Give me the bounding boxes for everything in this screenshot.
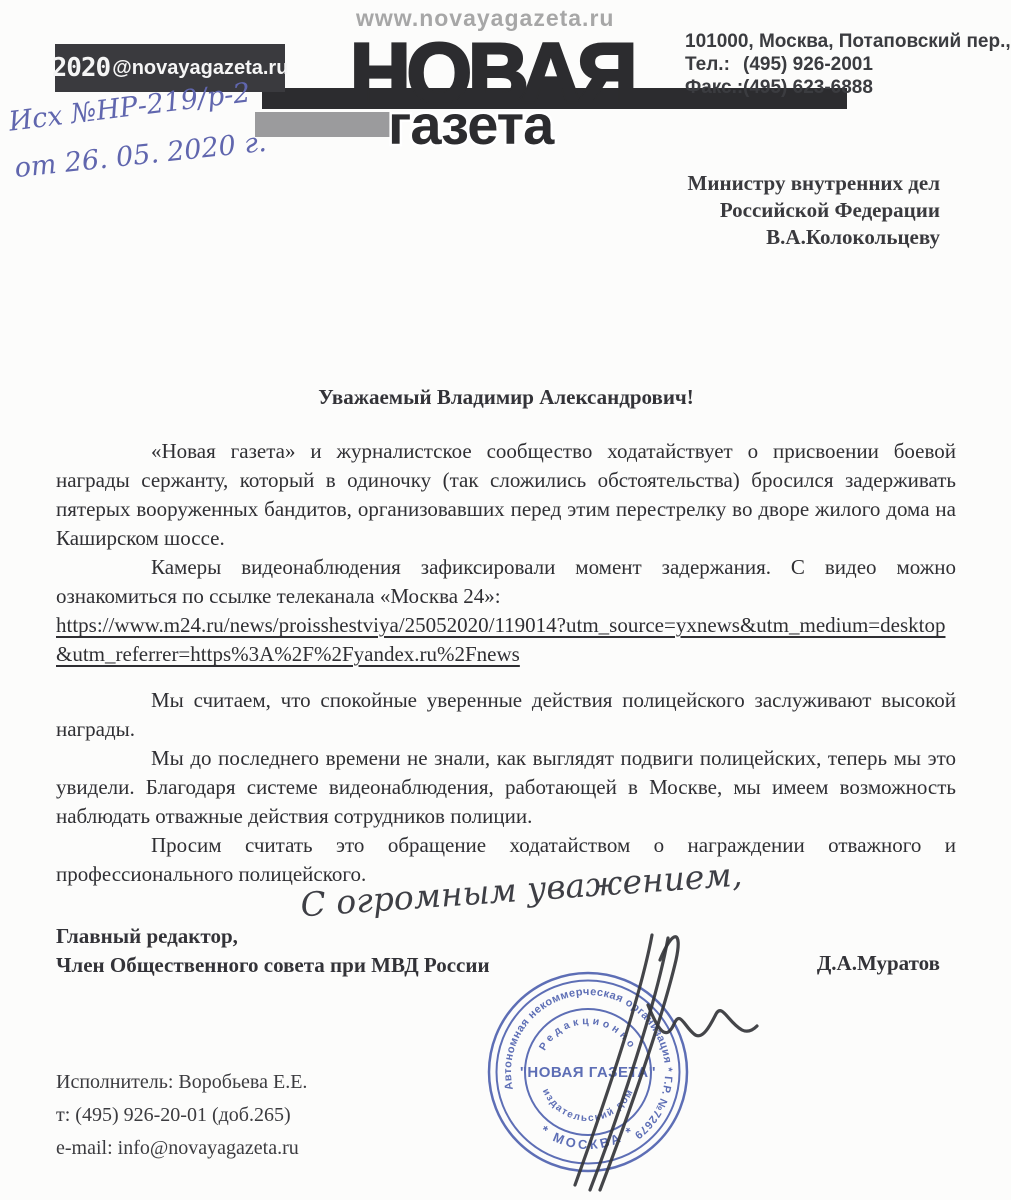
paragraph-3: Мы считаем, что спокойные уверенные дейс… — [56, 686, 956, 744]
salutation: Уважаемый Владимир Александрович! — [56, 385, 956, 410]
stamp-center-text: "НОВАЯ ГАЗЕТА" — [520, 1064, 656, 1081]
executor-phone: т: (495) 926-20-01 (доб.265) — [56, 1099, 307, 1132]
contact-fax: Факс.:(495) 623-6888 — [685, 76, 1011, 99]
letter-body: «Новая газета» и журналистское сообществ… — [56, 437, 956, 889]
executor-line: Исполнитель: Воробьева Е.Е. — [56, 1066, 307, 1099]
contact-block: 101000, Москва, Потаповский пер., д. 3 Т… — [685, 30, 1011, 99]
signer-roles: Главный редактор, Член Общественного сов… — [56, 922, 490, 980]
round-stamp: Автономная некоммерческая организация * … — [489, 973, 687, 1171]
paragraph-1: «Новая газета» и журналистское сообществ… — [56, 437, 956, 553]
email-badge: 2020@novayagazeta.ru — [55, 44, 285, 92]
signer-role-2: Член Общественного совета при МВД России — [56, 951, 490, 980]
fax-value: (495) 623-6888 — [743, 76, 873, 99]
address-text: 101000, Москва, Потаповский пер., д. 3 — [685, 30, 1011, 53]
recipient-block: Министру внутренних дел Российской Федер… — [688, 170, 940, 251]
letter-page: www.novayagazeta.ru НОВАЯ газета 2020@no… — [0, 0, 1011, 1200]
contact-phone: Тел.:(495) 926-2001 — [685, 53, 1011, 76]
executor-email: e-mail: info@novayagazeta.ru — [56, 1132, 307, 1165]
recipient-line-1: Министру внутренних дел — [688, 170, 940, 197]
signer-role-1: Главный редактор, — [56, 922, 490, 951]
email-badge-domain: @novayagazeta.ru — [112, 57, 288, 80]
phone-value: (495) 926-2001 — [743, 53, 873, 76]
logo-word-gazeta: газета — [388, 93, 555, 152]
paragraph-2: Камеры видеонаблюдения зафиксировали мом… — [56, 553, 956, 611]
phone-label: Тел.: — [685, 53, 743, 76]
handwritten-ref-date: от 26. 05. 2020 г. — [13, 127, 268, 184]
email-badge-number: 2020 — [52, 53, 111, 83]
m24-link[interactable]: https://www.m24.ru/news/proisshestviya/2… — [56, 611, 956, 669]
paragraph-4: Мы до последнего времени не знали, как в… — [56, 744, 956, 831]
stamp-and-signature: Автономная некоммерческая организация * … — [440, 915, 780, 1200]
recipient-line-3: В.А.Колокольцеву — [688, 224, 940, 251]
contact-address: 101000, Москва, Потаповский пер., д. 3 — [685, 30, 1011, 53]
recipient-line-2: Российской Федерации — [688, 197, 940, 224]
signer-name: Д.А.Муратов — [817, 951, 940, 976]
fax-label: Факс.: — [685, 76, 743, 99]
footer-block: Исполнитель: Воробьева Е.Е. т: (495) 926… — [56, 1066, 307, 1165]
